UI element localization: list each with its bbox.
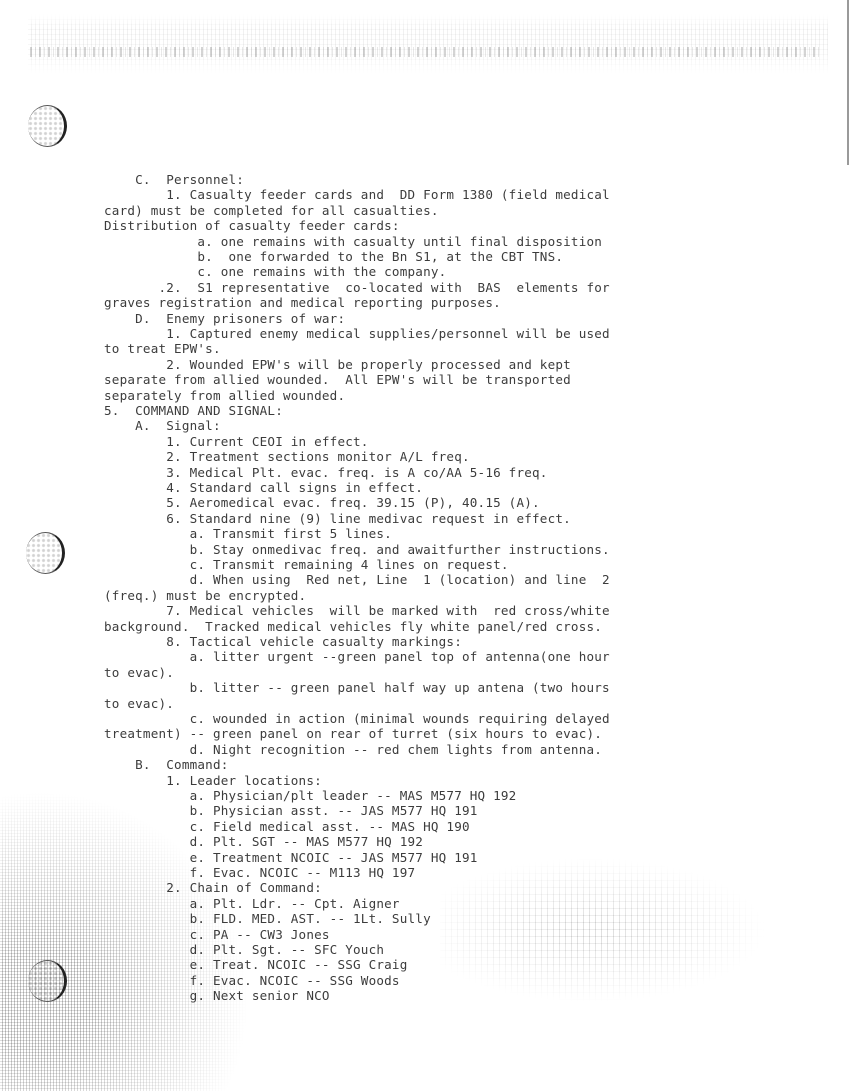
scan-noise-strip — [30, 47, 820, 57]
punch-hole-icon — [28, 105, 67, 147]
list-item: 6. Standard nine (9) line medivac reques… — [104, 511, 571, 526]
list-item: 3. Medical Plt. evac. freq. is A co/AA 5… — [104, 465, 548, 480]
list-item: 5. Aeromedical evac. freq. 39.15 (P), 40… — [104, 495, 540, 510]
text-line: separate from allied wounded. All EPW's … — [104, 372, 571, 387]
list-item: a. one remains with casualty until final… — [104, 234, 602, 249]
text-line: 2. Wounded EPW's will be properly proces… — [104, 357, 571, 372]
text-line: .2. S1 representative co-located with BA… — [104, 280, 610, 295]
text-line: graves registration and medical reportin… — [104, 295, 501, 310]
scan-noise-bottom-right — [440, 820, 850, 1020]
text-line: to evac). — [104, 665, 174, 680]
list-item: c. wounded in action (minimal wounds req… — [104, 711, 610, 726]
list-item: b. FLD. MED. AST. -- 1Lt. Sully — [104, 911, 431, 926]
list-item: d. When using Red net, Line 1 (location)… — [104, 572, 610, 587]
text-line: 1. Casualty feeder cards and DD Form 138… — [104, 187, 610, 202]
list-item: 7. Medical vehicles will be marked with … — [104, 603, 610, 618]
text-line: to evac). — [104, 696, 174, 711]
text-line: separately from allied wounded. — [104, 388, 345, 403]
scanned-document-page: C. Personnel: 1. Casualty feeder cards a… — [0, 0, 850, 1091]
section-heading-personnel: C. Personnel: — [104, 172, 244, 187]
text-line: background. Tracked medical vehicles fly… — [104, 619, 602, 634]
list-item: b. Stay onmedivac freq. and awaitfurther… — [104, 542, 610, 557]
list-item: c. Field medical asst. -- MAS HQ 190 — [104, 819, 470, 834]
list-item: 2. Treatment sections monitor A/L freq. — [104, 449, 470, 464]
list-item: f. Evac. NCOIC -- M113 HQ 197 — [104, 865, 415, 880]
list-item: e. Treat. NCOIC -- SSG Craig — [104, 957, 408, 972]
list-item: a. litter urgent --green panel top of an… — [104, 649, 610, 664]
punch-hole-icon — [28, 960, 67, 1002]
section-heading-epw: D. Enemy prisoners of war: — [104, 311, 345, 326]
punch-hole-icon — [26, 532, 65, 574]
list-item: c. one remains with the company. — [104, 264, 446, 279]
list-item: 8. Tactical vehicle casualty markings: — [104, 634, 462, 649]
list-item: 4. Standard call signs in effect. — [104, 480, 423, 495]
list-item: 1. Leader locations: — [104, 773, 322, 788]
text-line: (freq.) must be encrypted. — [104, 588, 306, 603]
list-item: b. one forwarded to the Bn S1, at the CB… — [104, 249, 563, 264]
list-item: e. Treatment NCOIC -- JAS M577 HQ 191 — [104, 850, 478, 865]
text-line: 1. Captured enemy medical supplies/perso… — [104, 326, 610, 341]
list-item: a. Physician/plt leader -- MAS M577 HQ 1… — [104, 788, 516, 803]
section-heading-command: B. Command: — [104, 757, 229, 772]
section-heading-command-signal: 5. COMMAND AND SIGNAL: — [104, 403, 283, 418]
text-line: to treat EPW's. — [104, 341, 221, 356]
text-line: treatment) -- green panel on rear of tur… — [104, 726, 602, 741]
list-item: c. Transmit remaining 4 lines on request… — [104, 557, 509, 572]
page-edge-line — [847, 0, 849, 165]
list-item: c. PA -- CW3 Jones — [104, 927, 330, 942]
list-item: f. Evac. NCOIC -- SSG Woods — [104, 973, 400, 988]
list-item: g. Next senior NCO — [104, 988, 330, 1003]
text-line: card) must be completed for all casualti… — [104, 203, 439, 218]
section-heading-signal: A. Signal: — [104, 418, 221, 433]
list-item: d. Plt. Sgt. -- SFC Youch — [104, 942, 384, 957]
list-item: b. Physician asst. -- JAS M577 HQ 191 — [104, 803, 478, 818]
list-item: a. Transmit first 5 lines. — [104, 526, 392, 541]
list-item: b. litter -- green panel half way up ant… — [104, 680, 610, 695]
scan-noise-header — [28, 14, 828, 74]
list-item: a. Plt. Ldr. -- Cpt. Aigner — [104, 896, 400, 911]
list-item: 2. Chain of Command: — [104, 880, 322, 895]
list-item: d. Night recognition -- red chem lights … — [104, 742, 602, 757]
text-line: Distribution of casualty feeder cards: — [104, 218, 400, 233]
list-item: 1. Current CEOI in effect. — [104, 434, 369, 449]
list-item: d. Plt. SGT -- MAS M577 HQ 192 — [104, 834, 423, 849]
